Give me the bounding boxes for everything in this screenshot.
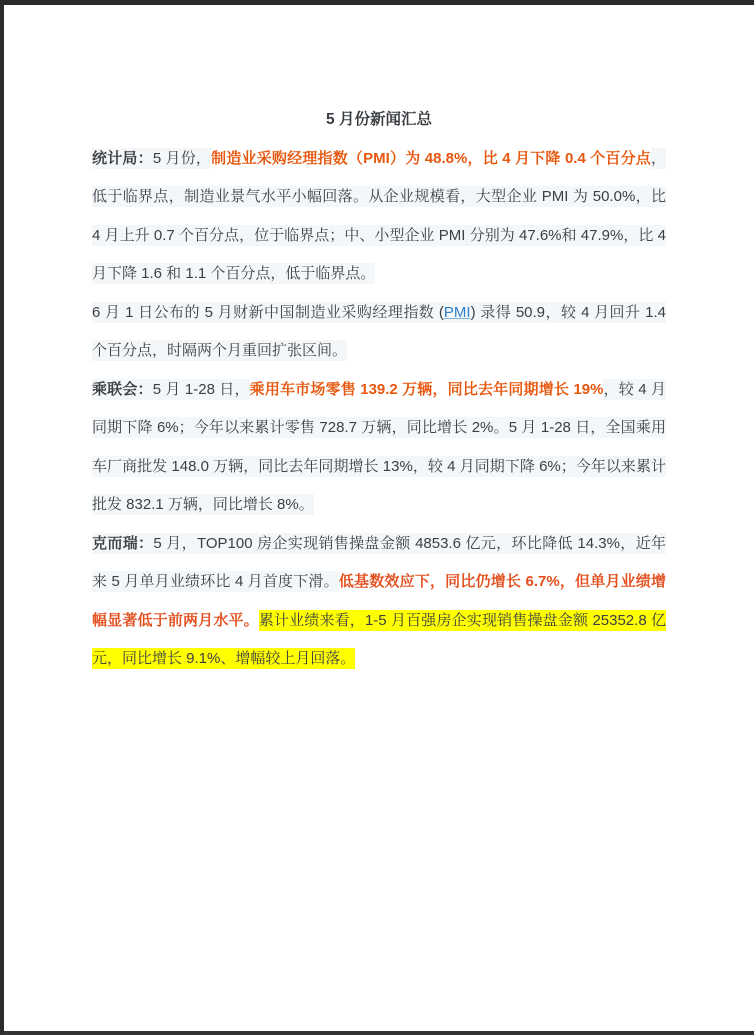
paragraph-cric-real-estate: 克而瑞：5 月，TOP100 房企实现销售操盘金额 4853.6 亿元，环比降低… xyxy=(92,525,666,679)
document-page: 5 月份新闻汇总 统计局：5 月份，制造业采购经理指数（PMI）为 48.8%，… xyxy=(0,0,754,1035)
paragraph-passenger-car-association: 乘联会：5 月 1-28 日，乘用车市场零售 139.2 万辆，同比去年同期增长… xyxy=(92,371,666,525)
source-label-cpca: 乘联会： xyxy=(92,379,153,400)
source-label-stats-bureau: 统计局： xyxy=(92,148,153,169)
paragraph-stats-bureau-pmi: 统计局：5 月份，制造业采购经理指数（PMI）为 48.8%，比 4 月下降 0… xyxy=(92,140,666,294)
document-title: 5 月份新闻汇总 xyxy=(92,101,666,140)
emphasis-orange-pmi-figure: 制造业采购经理指数（PMI）为 48.8%，比 4 月下降 0.4 个百分点 xyxy=(211,148,651,169)
body-text: 6 月 1 日公布的 5 月财新中国制造业采购经理指数 ( xyxy=(92,302,444,323)
body-text: 5 月 1-28 日， xyxy=(153,379,250,400)
emphasis-orange-retail-figure: 乘用车市场零售 139.2 万辆，同比去年同期增长 19% xyxy=(250,379,604,400)
body-text: 5 月份， xyxy=(153,148,211,169)
pmi-link[interactable]: PMI xyxy=(444,302,471,323)
source-label-cric: 克而瑞： xyxy=(92,533,153,554)
paragraph-caixin-pmi: 6 月 1 日公布的 5 月财新中国制造业采购经理指数 (PMI) 录得 50.… xyxy=(92,294,666,371)
document-content: 5 月份新闻汇总 统计局：5 月份，制造业采购经理指数（PMI）为 48.8%，… xyxy=(4,5,754,679)
